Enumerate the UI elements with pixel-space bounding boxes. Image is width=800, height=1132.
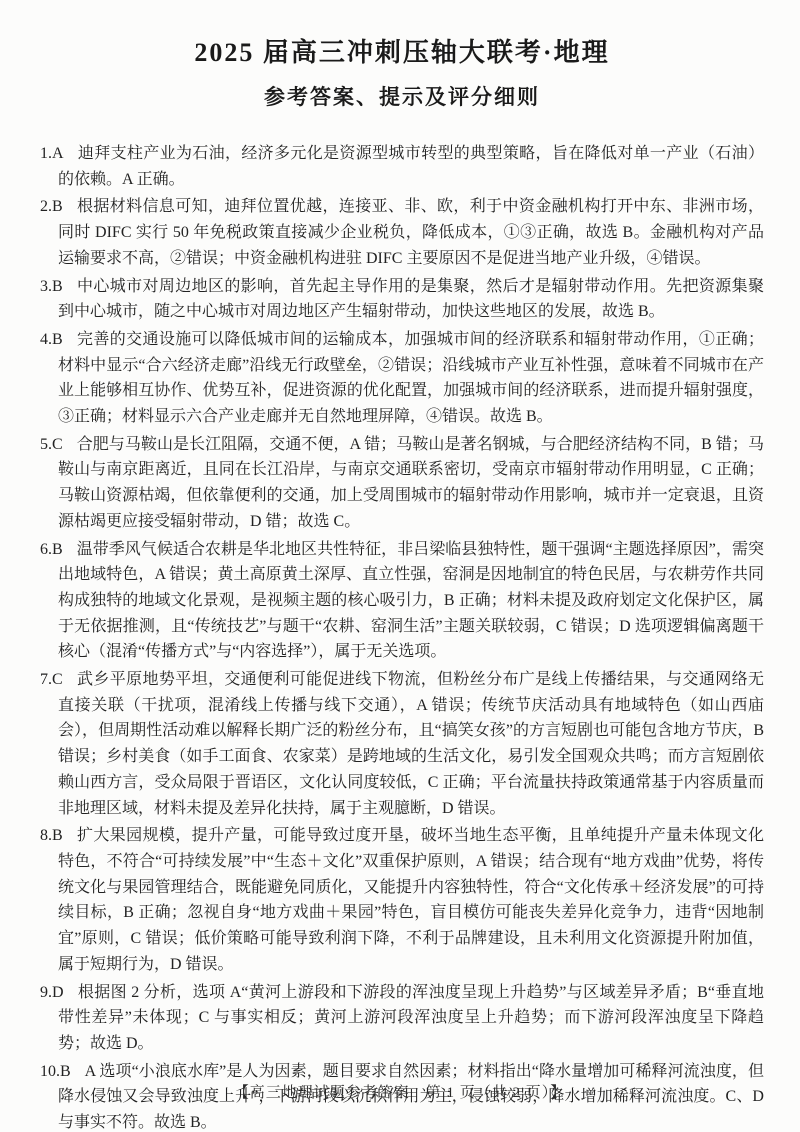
answer-item-6: 6.B温带季风气候适合农耕是华北地区共性特征，非吕梁临县独特性，题干强调“主题选… xyxy=(40,537,764,666)
answer-number: 5.C xyxy=(40,436,63,453)
answer-item-3: 3.B中心城市对周边地区的影响，首先起主导作用的是集聚，然后才是辐射带动作用。先… xyxy=(40,274,764,325)
answer-text: 根据材料信息可知，迪拜位置优越，连接亚、非、欧，利于中资金融机构打开中东、非洲市… xyxy=(58,198,764,266)
page-title: 2025 届高三冲刺压轴大联考·地理 xyxy=(40,32,764,69)
page-subtitle: 参考答案、提示及评分细则 xyxy=(40,81,764,111)
answer-number: 3.B xyxy=(40,278,63,295)
answer-text: 温带季风气候适合农耕是华北地区共性特征，非吕梁临县独特性，题干强调“主题选择原因… xyxy=(58,541,764,661)
answer-number: 6.B xyxy=(40,541,63,558)
answer-item-9: 9.D根据图 2 分析，选项 A“黄河上游段和下游段的浑浊度呈现上升趋势”与区域… xyxy=(40,980,764,1057)
answer-item-2: 2.B根据材料信息可知，迪拜位置优越，连接亚、非、欧，利于中资金融机构打开中东、… xyxy=(40,194,764,271)
answer-text: 武乡平原地势平坦，交通便利可能促进线下物流，但粉丝分布广是线上传播结果，与交通网… xyxy=(58,671,764,817)
answer-number: 8.B xyxy=(40,827,63,844)
answer-number: 4.B xyxy=(40,331,63,348)
answer-item-1: 1.A迪拜支柱产业为石油，经济多元化是资源型城市转型的典型策略，旨在降低对单一产… xyxy=(40,141,764,192)
answer-number: 10.B xyxy=(40,1063,71,1080)
answer-text: 合肥与马鞍山是长江阻隔，交通不便，A 错；马鞍山是著名钢城，与合肥经济结构不同，… xyxy=(58,436,764,530)
answer-list: 1.A迪拜支柱产业为石油，经济多元化是资源型城市转型的典型策略，旨在降低对单一产… xyxy=(40,141,764,1132)
answer-text: 根据图 2 分析，选项 A“黄河上游段和下游段的浑浊度呈现上升趋势”与区域差异矛… xyxy=(58,984,764,1052)
answer-item-7: 7.C武乡平原地势平坦，交通便利可能促进线下物流，但粉丝分布广是线上传播结果，与… xyxy=(40,667,764,821)
answer-text: 扩大果园规模，提升产量，可能导致过度开垦，破坏当地生态平衡，且单纯提升产量未体现… xyxy=(58,827,764,973)
answer-text: 迪拜支柱产业为石油，经济多元化是资源型城市转型的典型策略，旨在降低对单一产业（石… xyxy=(58,145,764,188)
page-footer: 【高三地理试题参考答案 第 1 页（共 2 页）】 xyxy=(0,1081,800,1102)
answer-item-5: 5.C合肥与马鞍山是长江阻隔，交通不便，A 错；马鞍山是著名钢城，与合肥经济结构… xyxy=(40,432,764,535)
answer-item-4: 4.B完善的交通设施可以降低城市间的运输成本，加强城市间的经济联系和辐射带动作用… xyxy=(40,327,764,430)
answer-number: 7.C xyxy=(40,671,63,688)
answer-sheet-page: 2025 届高三冲刺压轴大联考·地理 参考答案、提示及评分细则 1.A迪拜支柱产… xyxy=(0,0,800,1132)
answer-number: 1.A xyxy=(40,145,64,162)
answer-text: 完善的交通设施可以降低城市间的运输成本，加强城市间的经济联系和辐射带动作用，①正… xyxy=(58,331,764,425)
answer-item-8: 8.B扩大果园规模，提升产量，可能导致过度开垦，破坏当地生态平衡，且单纯提升产量… xyxy=(40,823,764,977)
answer-number: 2.B xyxy=(40,198,63,215)
answer-text: 中心城市对周边地区的影响，首先起主导作用的是集聚，然后才是辐射带动作用。先把资源… xyxy=(58,278,764,321)
answer-number: 9.D xyxy=(40,984,64,1001)
